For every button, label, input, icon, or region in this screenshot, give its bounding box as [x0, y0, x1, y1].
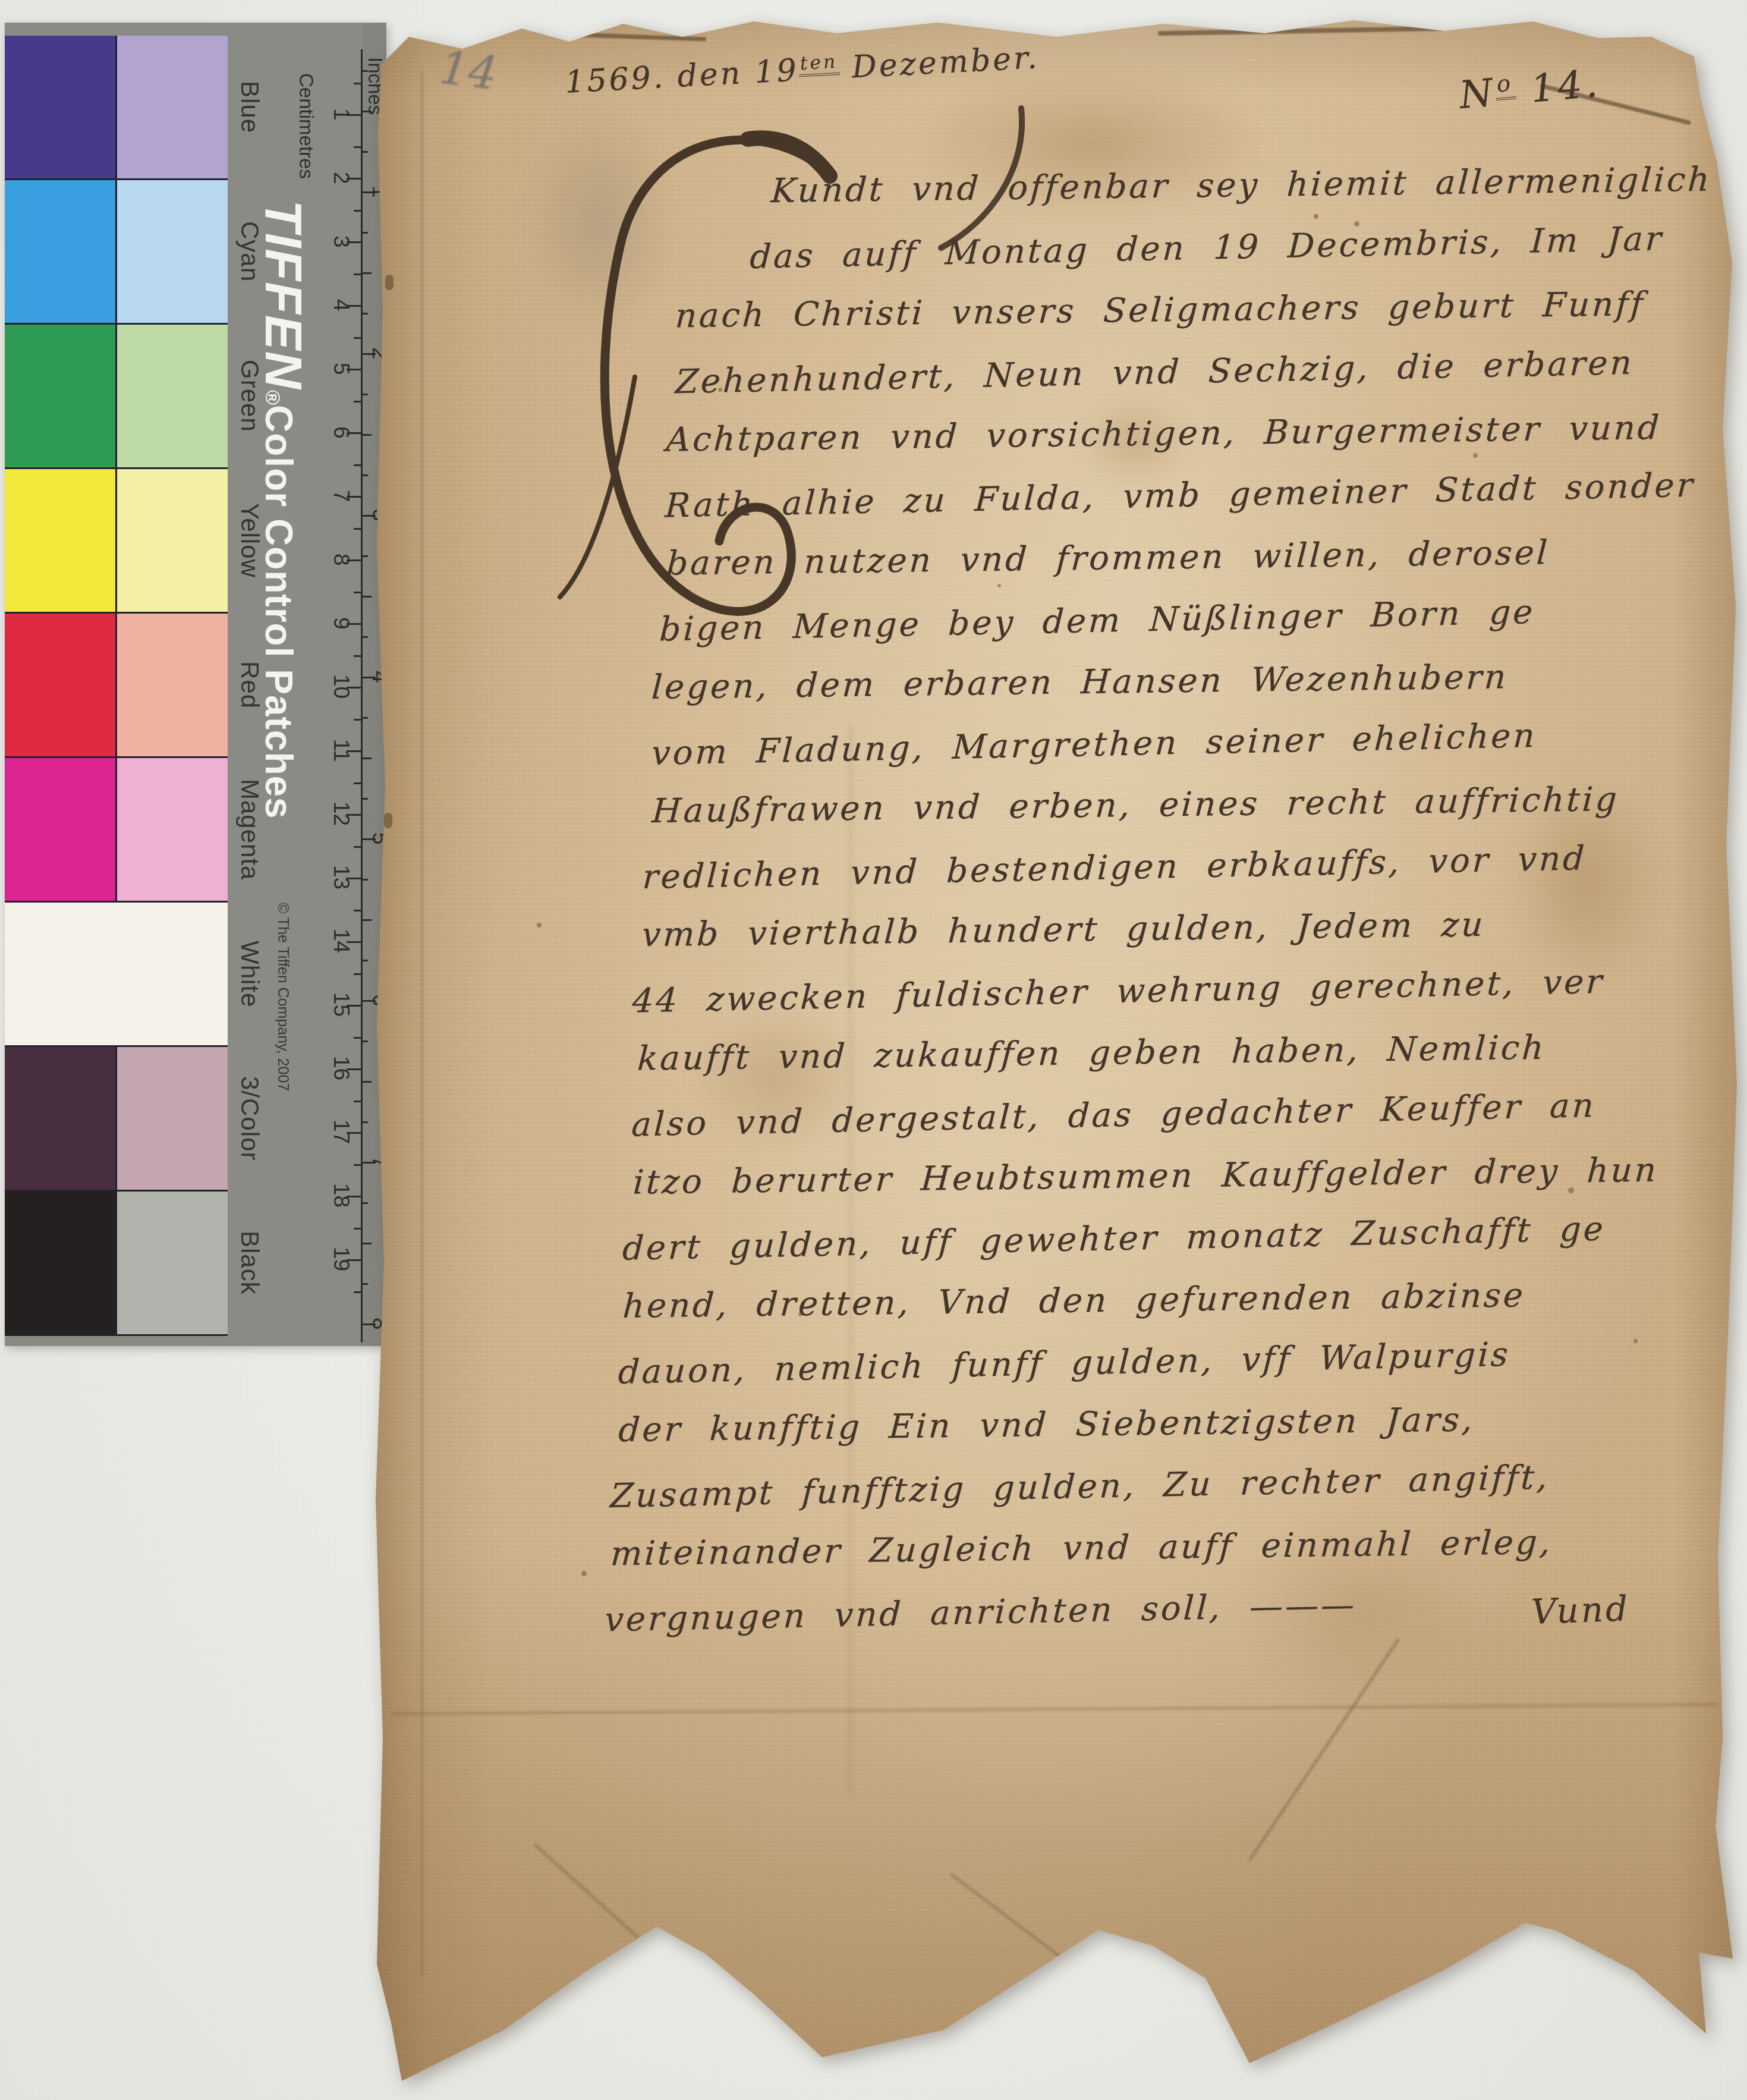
ruler-tick-cm	[354, 973, 361, 975]
scan-background: TIFFEN®Color Control Patches © The Tiffe…	[0, 0, 1747, 2100]
ruler-tick-inch	[363, 717, 368, 719]
ruler-number-cm: 16	[328, 1045, 354, 1092]
ruler-tick-inch	[363, 757, 372, 759]
registered-mark-icon: ®	[261, 390, 284, 405]
ruler-number-cm: 15	[328, 981, 354, 1029]
ruler-tick-cm	[354, 401, 361, 403]
spine-fold	[421, 73, 423, 1975]
color-patch-solid-yellow	[5, 469, 115, 612]
color-patch-pale-black	[117, 1192, 228, 1334]
ruler-tick-cm	[354, 1291, 361, 1293]
ruler-number-cm: 19	[328, 1236, 354, 1283]
ruler-tick-cm	[354, 464, 361, 466]
patch-label-green: Green	[233, 325, 264, 467]
ruler-tick-inch	[363, 555, 368, 557]
patch-grid	[5, 36, 228, 1336]
ruler-tick-cm	[354, 592, 361, 593]
patch-label-3-color: 3/Color	[233, 1047, 264, 1190]
ruler-tick-inch	[363, 1243, 372, 1244]
edge-ink-streak	[1158, 26, 1443, 36]
folio-number-label: No 14.	[1458, 62, 1602, 118]
ruler-tick-inch	[363, 1283, 368, 1285]
date-header-text: 1569. den 19	[564, 52, 799, 100]
ruler-tick-inch	[363, 232, 368, 234]
ruler-number-cm: 1	[328, 90, 354, 138]
patch-label-blue: Blue	[233, 36, 264, 178]
pencil-folio-number: 14	[437, 40, 501, 100]
copyright-text: © The Tiffen Company, 2007	[271, 903, 291, 1091]
fold-crease	[533, 1843, 742, 2032]
color-patch-solid-red	[5, 614, 115, 756]
patch-label-white: White	[233, 903, 264, 1045]
ruler-tick-inch	[363, 394, 368, 395]
color-patch-pale-magenta	[117, 758, 228, 901]
binding-stitch	[384, 813, 392, 828]
ruler-number-cm: 8	[328, 536, 354, 583]
ruler-tick-inch	[363, 1040, 368, 1042]
manuscript-wrapper: 14 1569. den 19ten Dezember. No 14. Kund…	[373, 13, 1742, 2094]
ruler-tick-cm	[354, 846, 361, 848]
ruler-number-cm: 13	[328, 854, 354, 901]
color-patch-solid-magenta	[5, 758, 115, 901]
ruler-number-cm: 10	[328, 663, 354, 711]
color-patch-solid-blue	[5, 36, 115, 178]
color-patch-pale-3/color	[117, 1047, 228, 1190]
date-superscript: ten	[798, 51, 840, 77]
ruler-tick-inch	[363, 960, 368, 961]
folio-n: N	[1458, 71, 1497, 118]
ruler-tick-inch	[363, 919, 372, 921]
folio-o-superscript: o	[1494, 70, 1516, 100]
color-patch-white	[5, 903, 228, 1045]
ruler-tick-inch	[363, 596, 372, 598]
ruler-tick-inch	[363, 636, 368, 638]
ruler-number-cm: 17	[328, 1108, 354, 1156]
ruler-tick-cm	[354, 910, 361, 911]
ruler-tick-cm	[354, 210, 361, 212]
color-patch-pale-green	[117, 325, 228, 467]
color-patch-pale-blue	[117, 36, 228, 178]
ruler-number-cm: 3	[328, 218, 354, 265]
ruler-number-cm: 7	[328, 472, 354, 520]
ruler-tick-cm	[354, 146, 361, 148]
ruler-tick-cm	[354, 1164, 361, 1166]
ruler-tick-inch	[363, 151, 368, 153]
edge-ink-streak	[552, 32, 706, 41]
patch-label-black: Black	[233, 1192, 264, 1334]
ruler-tick-inch	[363, 313, 368, 315]
ruler-tick-cm	[354, 1037, 361, 1039]
color-calibration-card: TIFFEN®Color Control Patches © The Tiffe…	[5, 23, 386, 1346]
ruler-number-cm: 9	[328, 599, 354, 647]
ruler-number-cm: 4	[328, 281, 354, 329]
ruler-tick-cm	[354, 1101, 361, 1102]
color-patch-pale-red	[117, 614, 228, 756]
ruler-tick-inch	[363, 1121, 368, 1123]
ruler-divider-line	[361, 49, 363, 1343]
color-patch-solid-green	[5, 325, 115, 467]
patch-label-yellow: Yellow	[233, 469, 264, 612]
ruler-tick-inch	[363, 798, 368, 800]
ruler-tick-cm	[354, 719, 361, 721]
ruler-tick-inch	[363, 434, 372, 436]
ruler-tick-cm	[354, 528, 361, 530]
manuscript-text-block: Kundt vnd offenbar sey hiemit allermenig…	[603, 147, 1736, 1649]
ruler-number-cm: 2	[328, 154, 354, 202]
color-patch-pale-yellow	[117, 469, 228, 612]
ruler-tick-cm	[354, 83, 361, 84]
fold-crease	[391, 1703, 1717, 1715]
ruler-tick-cm	[354, 273, 361, 275]
fold-crease	[950, 1873, 1132, 2011]
patch-label-cyan: Cyan	[233, 180, 264, 323]
ink-speckle	[581, 1571, 587, 1576]
ruler-tick-inch	[363, 111, 372, 112]
ruler-tick-inch	[363, 70, 368, 72]
ruler-number-cm: 14	[328, 917, 354, 965]
folio-value: 14.	[1514, 62, 1602, 113]
catchword: Vund	[1531, 1588, 1630, 1632]
color-patch-solid-cyan	[5, 180, 115, 323]
ruler-tick-cm	[354, 782, 361, 784]
ruler-tick-cm	[354, 337, 361, 339]
centimetres-label: Centimetres	[295, 73, 317, 179]
ruler-number-cm: 5	[328, 345, 354, 392]
patch-label-magenta: Magenta	[233, 758, 264, 901]
color-patch-solid-3/color	[5, 1047, 115, 1190]
ruler-tick-inch	[363, 474, 368, 476]
ruler-tick-inch	[363, 272, 372, 274]
manuscript-page: 14 1569. den 19ten Dezember. No 14. Kund…	[373, 13, 1742, 2089]
binding-stitch	[385, 275, 394, 290]
ruler-number-cm: 6	[328, 408, 354, 456]
ruler-number-cm: 11	[328, 727, 354, 774]
brand-text: TIFFEN®Color Control Patches	[257, 200, 314, 819]
ruler-number-cm: 18	[328, 1172, 354, 1219]
ruler-tick-inch	[363, 1202, 368, 1204]
ruler-tick-cm	[354, 655, 361, 657]
ruler-tick-cm	[354, 1228, 361, 1230]
ruler-tick-inch	[363, 879, 368, 881]
color-patch-pale-cyan	[117, 180, 228, 323]
patch-label-red: Red	[233, 614, 264, 756]
color-patch-solid-black	[5, 1192, 115, 1334]
ruler-tick-inch	[363, 1081, 372, 1083]
ink-speckle	[537, 923, 542, 928]
ruler-number-cm: 12	[328, 790, 354, 838]
